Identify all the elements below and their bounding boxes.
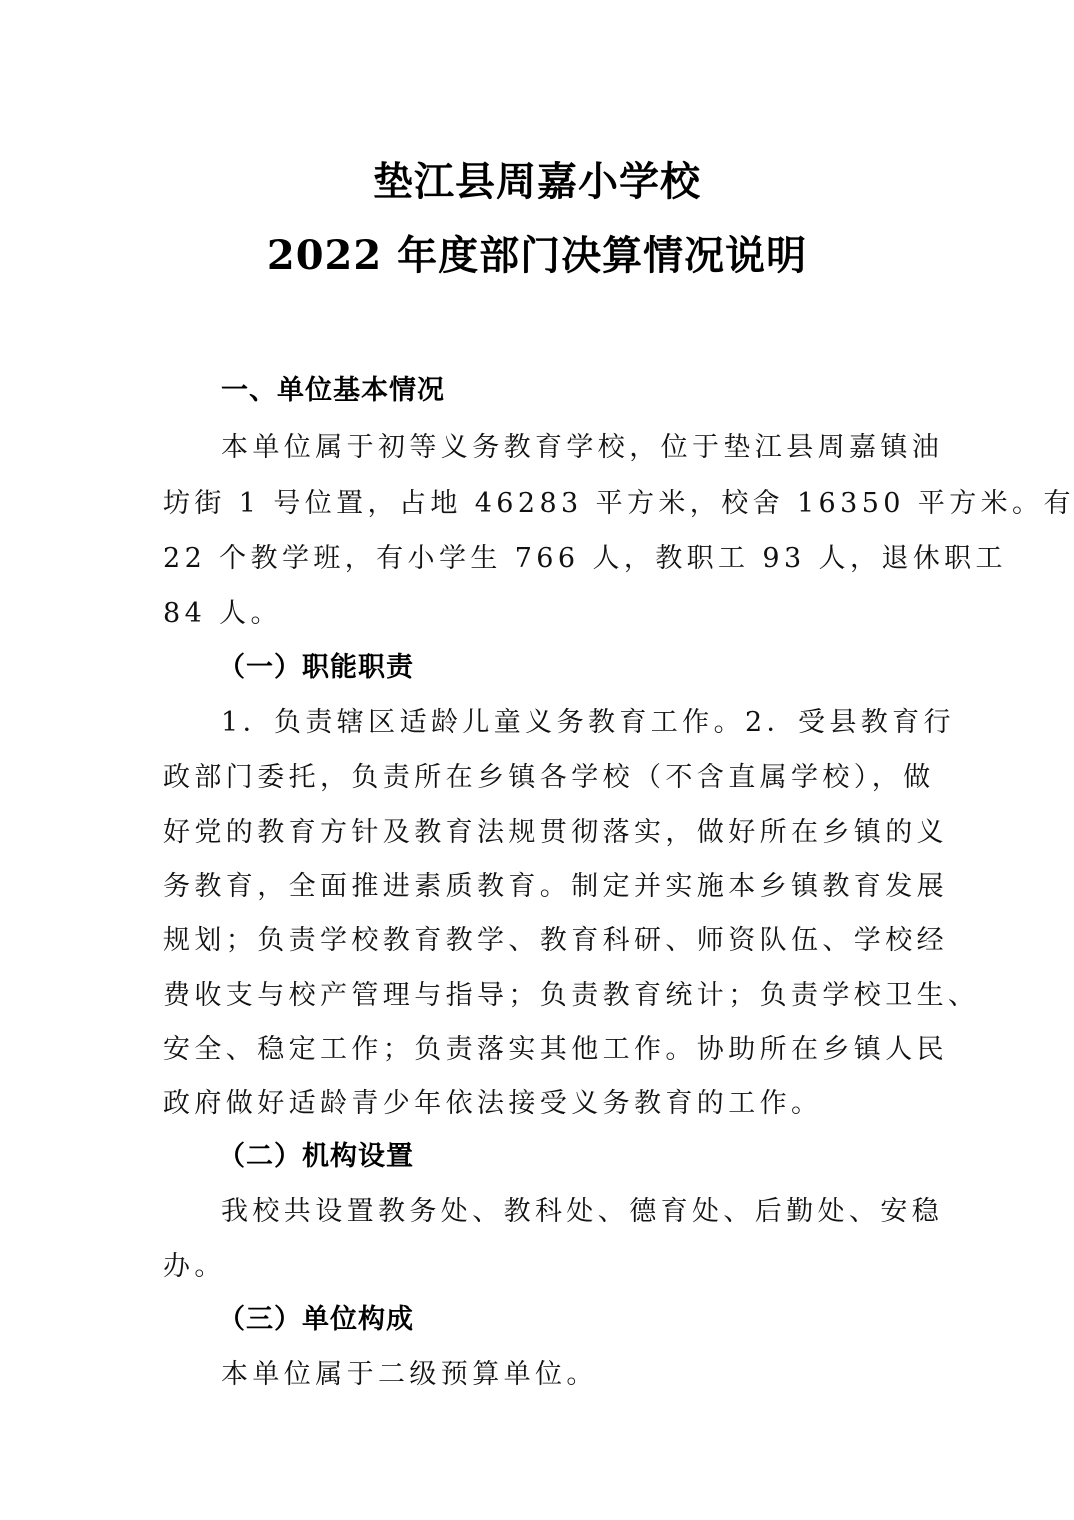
paragraph-line: 好党的教育方针及教育法规贯彻落实，做好所在乡镇的义 (163, 810, 948, 849)
paragraph-line: 本单位属于二级预算单位。 (221, 1352, 598, 1391)
paragraph-line: 办。 (163, 1244, 226, 1283)
paragraph-line: 本单位属于初等义务教育学校，位于垫江县周嘉镇油 (221, 425, 943, 464)
section-heading-basic-info: 一、单位基本情况 (221, 368, 445, 407)
subsection-heading-organization: （二）机构设置 (218, 1134, 414, 1173)
document-title-report: 2022 年度部门决算情况说明 (0, 224, 1074, 281)
paragraph-line: 我校共设置教务处、教科处、德育处、后勤处、安稳 (221, 1189, 943, 1228)
paragraph-line: 政部门委托，负责所在乡镇各学校（不含直属学校），做 (163, 755, 935, 794)
paragraph-line: 务教育，全面推进素质教育。制定并实施本乡镇教育发展 (163, 864, 948, 903)
paragraph-line: 坊街 1 号位置，占地 46283 平方米，校舍 16350 平方米。有 (163, 481, 1074, 520)
paragraph-line: 22 个教学班，有小学生 766 人，教职工 93 人，退休职工 (163, 536, 1007, 575)
paragraph-line: 1．负责辖区适龄儿童义务教育工作。2．受县教育行 (221, 700, 955, 739)
document-title-school: 垫江县周嘉小学校 (0, 150, 1074, 207)
paragraph-line: 规划；负责学校教育教学、教育科研、师资队伍、学校经 (163, 918, 948, 957)
paragraph-line: 安全、稳定工作；负责落实其他工作。协助所在乡镇人民 (163, 1027, 948, 1066)
paragraph-line: 政府做好适龄青少年依法接受义务教育的工作。 (163, 1081, 822, 1120)
subsection-heading-duties: （一）职能职责 (218, 645, 414, 684)
subsection-heading-composition: （三）单位构成 (218, 1297, 414, 1336)
document-page: 垫江县周嘉小学校 2022 年度部门决算情况说明 一、单位基本情况 本单位属于初… (0, 0, 1074, 1520)
paragraph-line: 84 人。 (163, 591, 282, 630)
paragraph-line: 费收支与校产管理与指导；负责教育统计；负责学校卫生、 (163, 973, 979, 1012)
